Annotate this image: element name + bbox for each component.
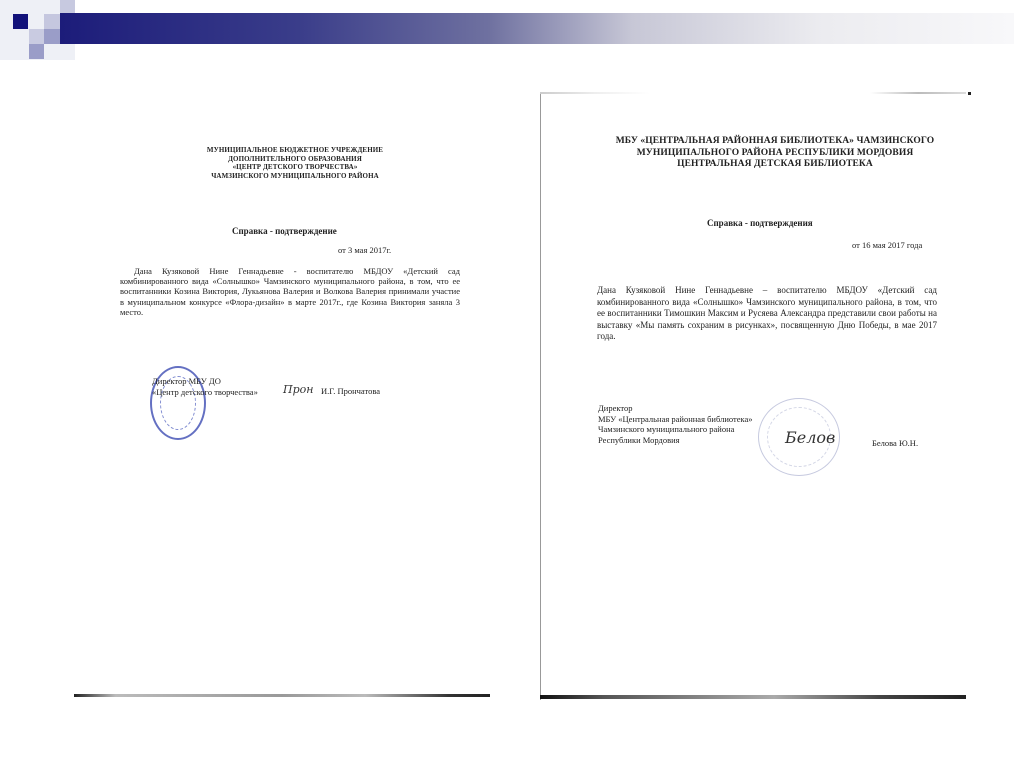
right-document-top-edge: [540, 92, 650, 94]
decor-square: [29, 29, 44, 44]
right-document-top-edge: [870, 92, 966, 94]
decor-square: [13, 14, 28, 29]
right-doc-title: Справка - подтверждения: [707, 218, 813, 228]
right-doc-date: от 16 мая 2017 года: [852, 240, 922, 250]
right-signer-name: Белова Ю.Н.: [872, 438, 918, 449]
right-doc-body: Дана Кузяковой Нине Геннадьевне – воспит…: [597, 285, 937, 343]
left-signature-title: Директор МБУ ДО «Центр детского творчест…: [152, 376, 258, 397]
left-org-header: МУНИЦИПАЛЬНОЕ БЮДЖЕТНОЕ УЧРЕЖДЕНИЕ ДОПОЛ…: [180, 146, 410, 180]
right-org-header: МБУ «ЦЕНТРАЛЬНАЯ РАЙОННАЯ БИБЛИОТЕКА» ЧА…: [580, 136, 970, 171]
left-document: [75, 95, 515, 699]
decor-square: [60, 0, 75, 13]
decor-square: [29, 44, 44, 59]
left-doc-date: от 3 мая 2017г.: [338, 245, 391, 255]
left-handwritten-signature: Прон: [283, 383, 314, 396]
left-signer-name: И.Г. Прончатова: [321, 386, 380, 397]
scan-artifact: [968, 92, 971, 95]
left-doc-title: Справка - подтверждение: [232, 226, 337, 236]
right-handwritten-signature: Белов: [785, 428, 835, 447]
decor-square: [44, 29, 60, 44]
left-document-bottom-edge: [74, 694, 490, 697]
right-signature-title: Директор МБУ «Центральная районная библи…: [598, 403, 753, 445]
right-document: [540, 92, 969, 700]
right-document-bottom-edge: [540, 695, 966, 699]
left-doc-body: Дана Кузяковой Нине Геннадьевне - воспит…: [120, 266, 460, 317]
decor-square: [44, 14, 60, 29]
title-gradient-bar: [60, 13, 1014, 44]
